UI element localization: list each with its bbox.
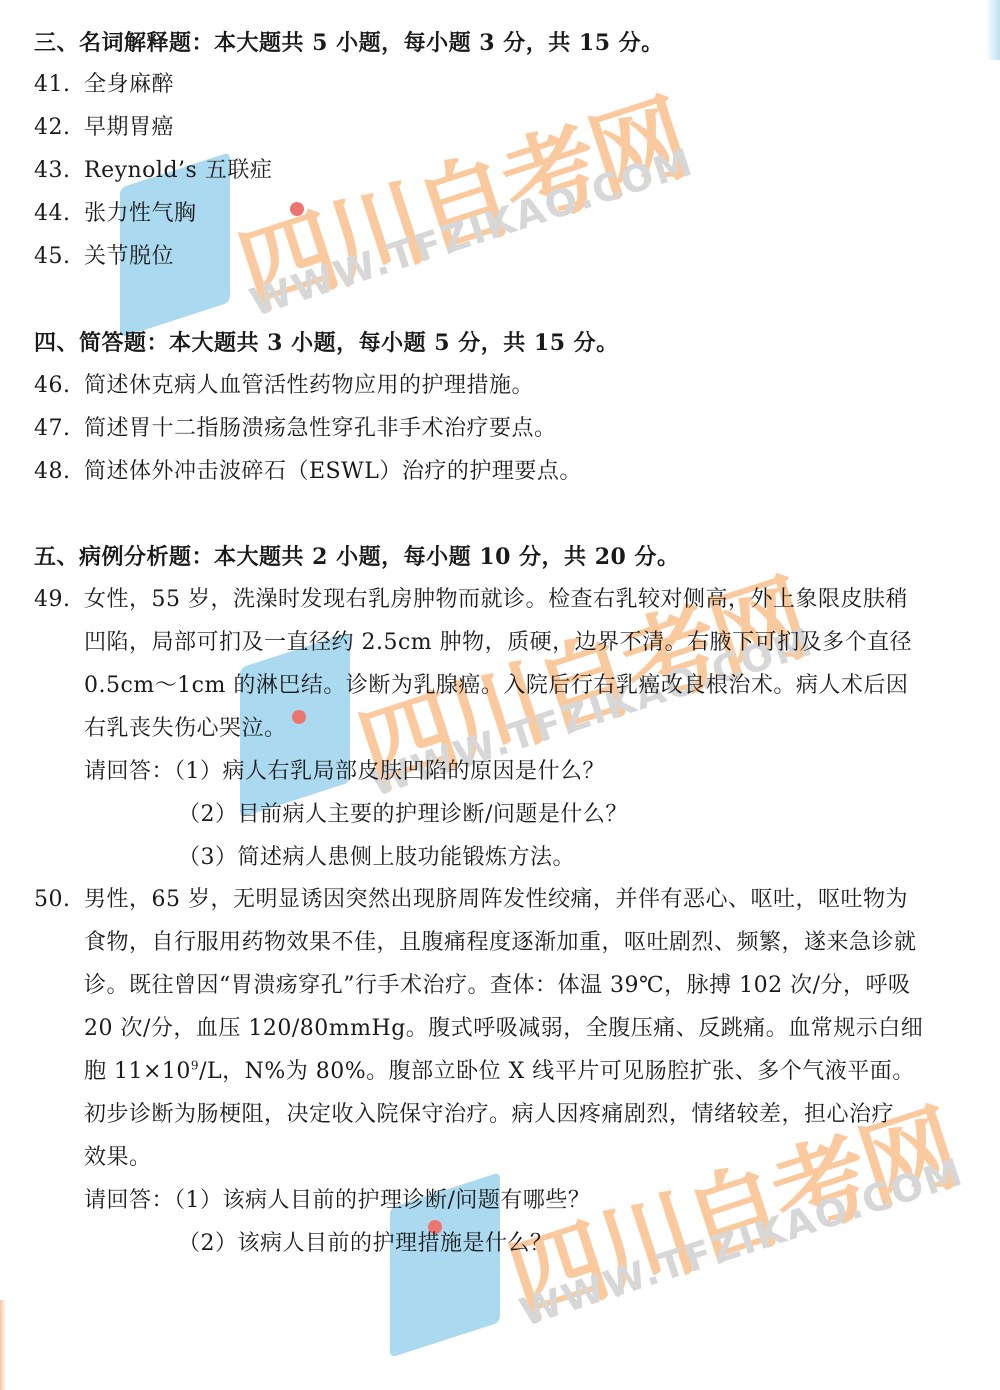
question-50-line-3: 诊。既往曾因“胃溃疡穿孔”行手术治疗。查体：体温 39℃，脉搏 102 次/分，… [84, 971, 910, 1001]
section-heading-5: 五、病例分析题：本大题共 2 小题，每小题 10 分，共 20 分。 [34, 542, 680, 572]
question-number: 45. [34, 242, 84, 272]
question-text: 张力性气胸 [84, 201, 197, 226]
question-50-line-4: 20 次/分，血压 120/80mmHg。腹式呼吸减弱，全腹压痛、反跳痛。血常规… [84, 1014, 923, 1044]
question-49-line-3: 0.5cm～1cm 的淋巴结。诊断为乳腺癌。入院后行右乳癌改良根治术。病人术后因 [84, 671, 908, 701]
question-number: 42. [34, 113, 84, 143]
question-text: 简述体外冲击波碎石（ESWL）治疗的护理要点。 [84, 459, 582, 484]
question-number: 46. [34, 371, 84, 401]
question-50-line-6: 初步诊断为肠梗阻，决定收入院保守治疗。病人因疼痛剧烈，情绪较差，担心治疗 [84, 1100, 894, 1130]
question-42: 42.早期胃癌 [34, 113, 174, 143]
question-number: 48. [34, 457, 84, 487]
watermark-dot-icon [290, 202, 304, 216]
question-number: 50. [34, 885, 84, 915]
question-text: 关节脱位 [84, 244, 174, 269]
case-text: 男性，65 岁，无明显诱因突然出现脐周阵发性绞痛，并伴有恶心、呕吐，呕吐物为 [84, 887, 908, 912]
question-49-line-1: 49.女性，55 岁，洗澡时发现右乳房肿物而就诊。检查右乳较对侧高，外上象限皮肤… [34, 585, 908, 615]
sub-question: （1）该病人目前的护理诊断/问题有哪些？ [174, 1188, 590, 1213]
case-text: 胞 11×10 [84, 1059, 191, 1084]
watermark-top: 四川自考网 WWW.TFZIKAO.COM [120, 110, 640, 310]
question-50-line-2: 食物，自行服用药物效果不佳，且腹痛程度逐渐加重，呕吐剧烈、频繁，遂来急诊就 [84, 928, 917, 958]
question-number: 41. [34, 70, 84, 100]
watermark-url-text: WWW.TFZIKAO.COM [515, 1149, 969, 1334]
question-50-ask-2: （2）该病人目前的护理措施是什么？ [178, 1229, 553, 1259]
question-45: 45.关节脱位 [34, 242, 174, 272]
section-heading-4: 四、简答题：本大题共 3 小题，每小题 5 分，共 15 分。 [34, 328, 619, 358]
question-49-ask-3: （3）简述病人患侧上肢功能锻炼方法。 [178, 843, 575, 873]
question-41: 41.全身麻醉 [34, 70, 174, 100]
ask-label: 请回答： [84, 759, 174, 784]
case-text: 女性，55 岁，洗澡时发现右乳房肿物而就诊。检查右乳较对侧高，外上象限皮肤稍 [84, 587, 908, 612]
question-50-ask-1: 请回答：（1）该病人目前的护理诊断/问题有哪些？ [84, 1186, 590, 1216]
question-50-line-7: 效果。 [84, 1143, 152, 1173]
question-text: 全身麻醉 [84, 72, 174, 97]
question-49-line-2: 凹陷，局部可扪及一直径约 2.5cm 肿物，质硬，边界不清。右腋下可扪及多个直径 [84, 628, 912, 658]
page-edge-decoration [986, 0, 1000, 60]
question-number: 49. [34, 585, 84, 615]
question-number: 43. [34, 156, 84, 186]
question-49-line-4: 右乳丧失伤心哭泣。 [84, 714, 287, 744]
question-49-ask-1: 请回答：（1）病人右乳局部皮肤凹陷的原因是什么？ [84, 757, 605, 787]
superscript: 9 [191, 1059, 199, 1073]
question-number: 44. [34, 199, 84, 229]
question-50-line-1: 50.男性，65 岁，无明显诱因突然出现脐周阵发性绞痛，并伴有恶心、呕吐，呕吐物… [34, 885, 908, 915]
question-text: 简述休克病人血管活性药物应用的护理措施。 [84, 373, 534, 398]
question-44: 44.张力性气胸 [34, 199, 197, 229]
watermark-cn-text: 四川自考网 [220, 62, 700, 334]
question-46: 46.简述休克病人血管活性药物应用的护理措施。 [34, 371, 534, 401]
question-text: 简述胃十二指肠溃疡急性穿孔非手术治疗要点。 [84, 416, 557, 441]
question-47: 47.简述胃十二指肠溃疡急性穿孔非手术治疗要点。 [34, 414, 557, 444]
question-text: Reynold’s 五联症 [84, 158, 272, 183]
ask-label: 请回答： [84, 1188, 174, 1213]
watermark-url-text: WWW.TFZIKAO.COM [245, 139, 699, 324]
question-48: 48.简述体外冲击波碎石（ESWL）治疗的护理要点。 [34, 457, 582, 487]
question-50-line-5: 胞 11×109/L，N%为 80%。腹部立卧位 X 线平片可见肠腔扩张、多个气… [84, 1057, 915, 1087]
case-text: /L，N%为 80%。腹部立卧位 X 线平片可见肠腔扩张、多个气液平面。 [199, 1059, 915, 1084]
question-number: 47. [34, 414, 84, 444]
question-43: 43.Reynold’s 五联症 [34, 156, 272, 186]
exam-page: 四川自考网 WWW.TFZIKAO.COM 四川自考网 WWW.TFZIKAO.… [0, 0, 1000, 1390]
sub-question: （1）病人右乳局部皮肤凹陷的原因是什么？ [174, 759, 605, 784]
question-text: 早期胃癌 [84, 115, 174, 140]
watermark-dot-icon [292, 710, 306, 724]
section-heading-3: 三、名词解释题：本大题共 5 小题，每小题 3 分，共 15 分。 [34, 28, 664, 58]
question-49-ask-2: （2）目前病人主要的护理诊断/问题是什么？ [178, 800, 628, 830]
page-edge-decoration [0, 1300, 6, 1390]
